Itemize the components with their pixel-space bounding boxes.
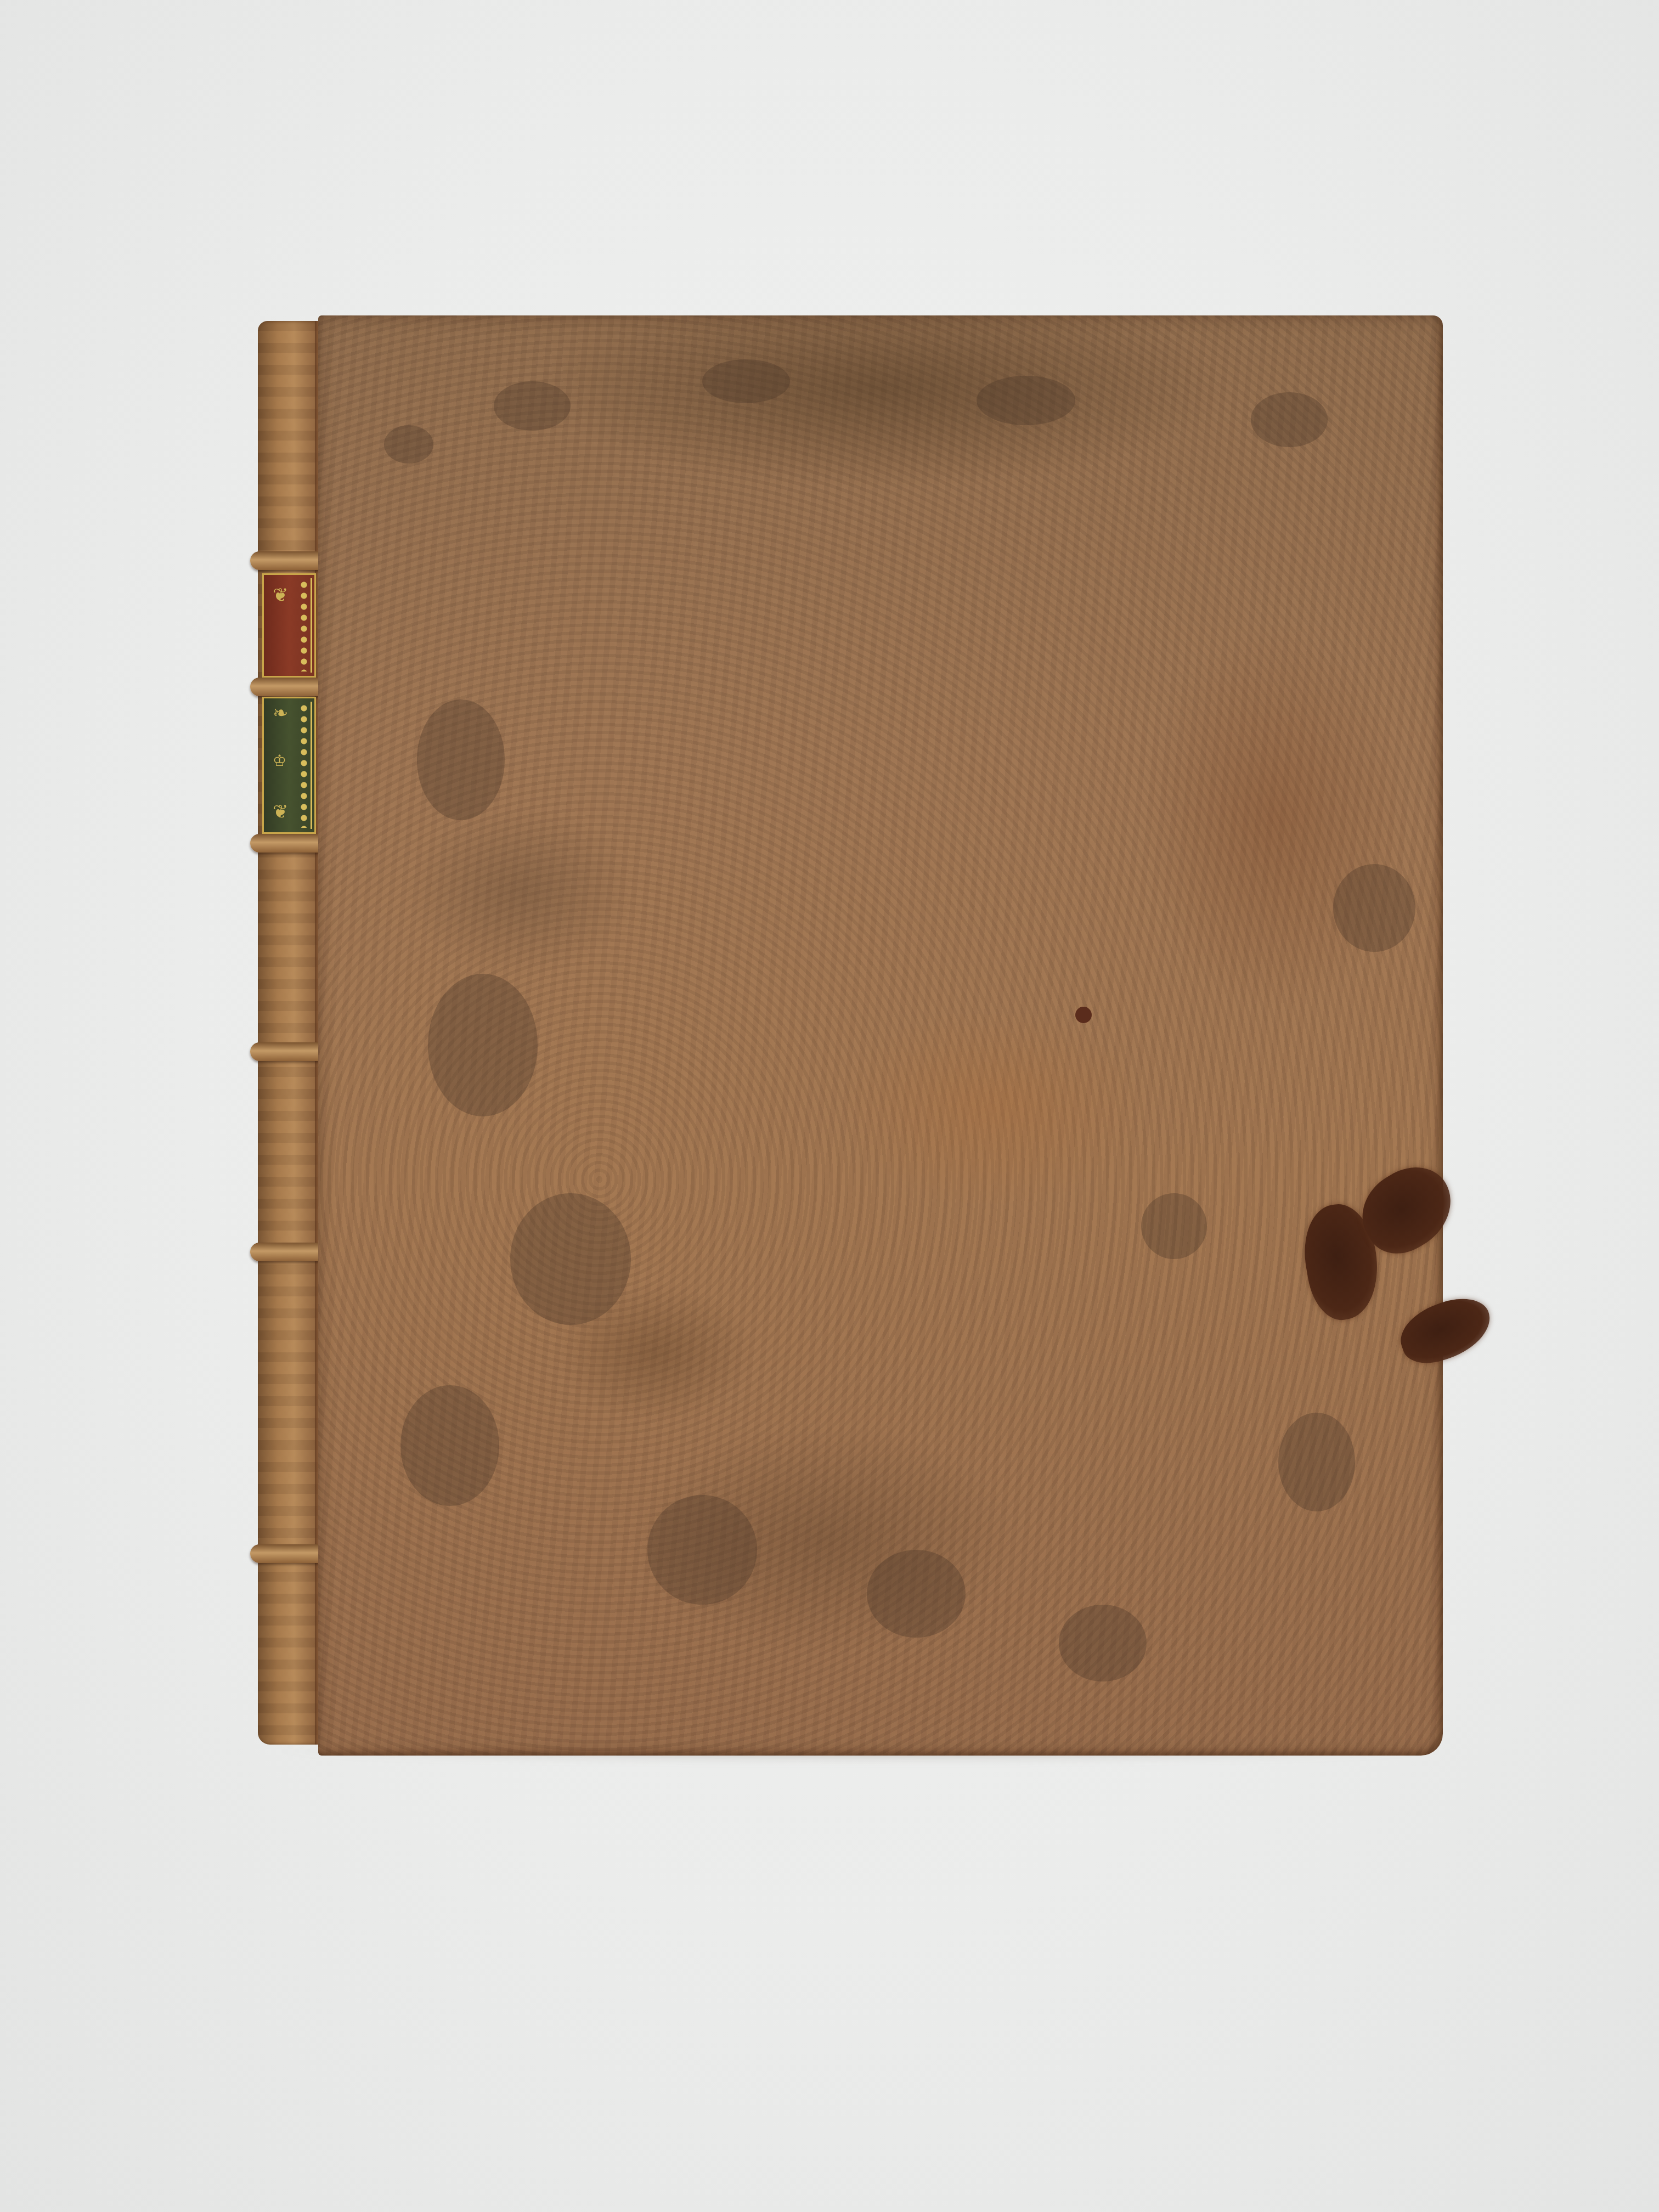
book-spine — [258, 321, 324, 1745]
spine-label-red: ❦ — [262, 573, 316, 678]
gilt-crown-icon: ♔ — [273, 753, 286, 769]
spine-band-3 — [250, 834, 328, 853]
antique-book: ❦ ❧ ♔ ❦ — [258, 315, 1443, 1756]
spine-band-1 — [250, 551, 328, 570]
front-cover — [318, 315, 1443, 1756]
spine-band-6 — [250, 1544, 328, 1563]
spine-band-2 — [250, 678, 328, 696]
gilt-rule — [311, 702, 312, 829]
spine-band-4 — [250, 1042, 328, 1061]
gilt-rule — [311, 578, 312, 673]
gilt-dot-roll — [299, 703, 309, 828]
cover-spot — [1075, 1007, 1092, 1023]
gilt-ornament-icon: ❦ — [273, 803, 289, 821]
cover-stain — [1392, 1289, 1499, 1372]
spine-band-5 — [250, 1243, 328, 1261]
gilt-ornament-icon: ❧ — [273, 704, 289, 723]
gilt-dot-roll — [299, 579, 309, 672]
spine-label-green: ❧ ♔ ❦ — [262, 697, 316, 834]
gilt-ornament-icon: ❦ — [273, 586, 289, 605]
